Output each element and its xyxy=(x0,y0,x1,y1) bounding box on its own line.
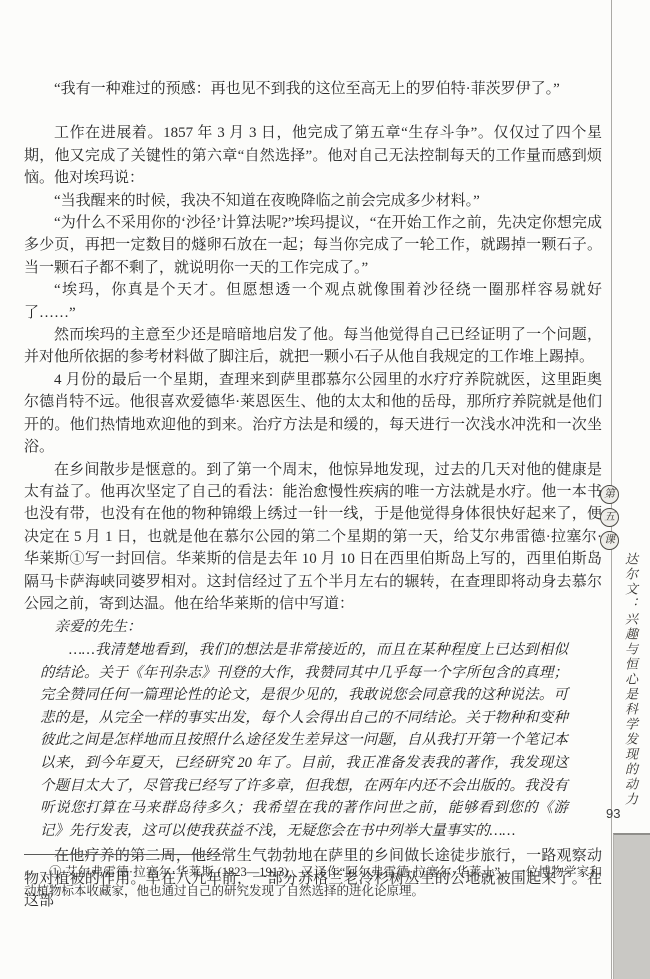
letter-salutation: 亲爱的先生： xyxy=(40,616,568,639)
dialogue-paragraph: “埃玛，你真是个天才。但愿想透一个观点就像围着沙径绕一圈那样容易就好了……” xyxy=(24,279,602,324)
paragraph: 然而埃玛的主意至少还是暗暗地启发了他。每当他觉得自己已经证明了一个问题，并对他所… xyxy=(24,324,602,369)
text-column: “我有一种难过的预感：再也见不到我的这位至高无上的罗伯特·菲茨罗伊了。” 工作在… xyxy=(24,78,602,913)
footnote-text: ① 艾尔弗雷德·拉塞尔·华莱斯 (1823—1913)，又译作“阿尔弗雷德·拉塞… xyxy=(24,863,602,900)
footnote: ① 艾尔弗雷德·拉塞尔·华莱斯 (1823—1913)，又译作“阿尔弗雷德·拉塞… xyxy=(24,854,602,900)
dialogue-paragraph: “当我醒来的时候，我决不知道在夜晚降临之前会完成多少材料。” xyxy=(24,190,602,212)
next-page-edge-artifact xyxy=(613,833,650,979)
lesson-badge-char: 课 xyxy=(600,531,619,550)
letter-block: 亲爱的先生： ……我清楚地看到，我们的想法是非常接近的，而且在某种程度上已达到相… xyxy=(40,616,568,842)
lesson-badge-char: 第 xyxy=(600,485,619,504)
opening-quote-paragraph: “我有一种难过的预感：再也见不到我的这位至高无上的罗伯特·菲茨罗伊了。” xyxy=(24,78,602,100)
dialogue-paragraph: “为什么不采用你的‘沙径’计算法呢?”埃玛提议，“在开始工作之前，先决定你想完成… xyxy=(24,212,602,279)
footnote-divider xyxy=(24,854,224,855)
page-number: 93 xyxy=(606,806,620,821)
letter-body: ……我清楚地看到，我们的想法是非常接近的，而且在某种程度上已达到相似的结论。关于… xyxy=(40,639,568,842)
lesson-number-badges: 第 五 课 xyxy=(600,485,619,550)
chapter-title-vertical: 达尔文：兴趣与恒心是科学发现的动力 xyxy=(621,552,640,814)
lesson-badge-char: 五 xyxy=(600,508,619,527)
paragraph: 4 月份的最后一个星期，查理来到萨里郡慕尔公园里的水疗疗养院就医，这里距奥尔德肖… xyxy=(24,369,602,459)
paragraph-with-footnote-mark: 在乡间散步是惬意的。到了第一个周末，他惊异地发现，过去的几天对他的健康是太有益了… xyxy=(24,459,602,616)
paragraph: 工作在进展着。1857 年 3 月 3 日，他完成了第五章“生存斗争”。仅仅过了… xyxy=(24,122,602,189)
